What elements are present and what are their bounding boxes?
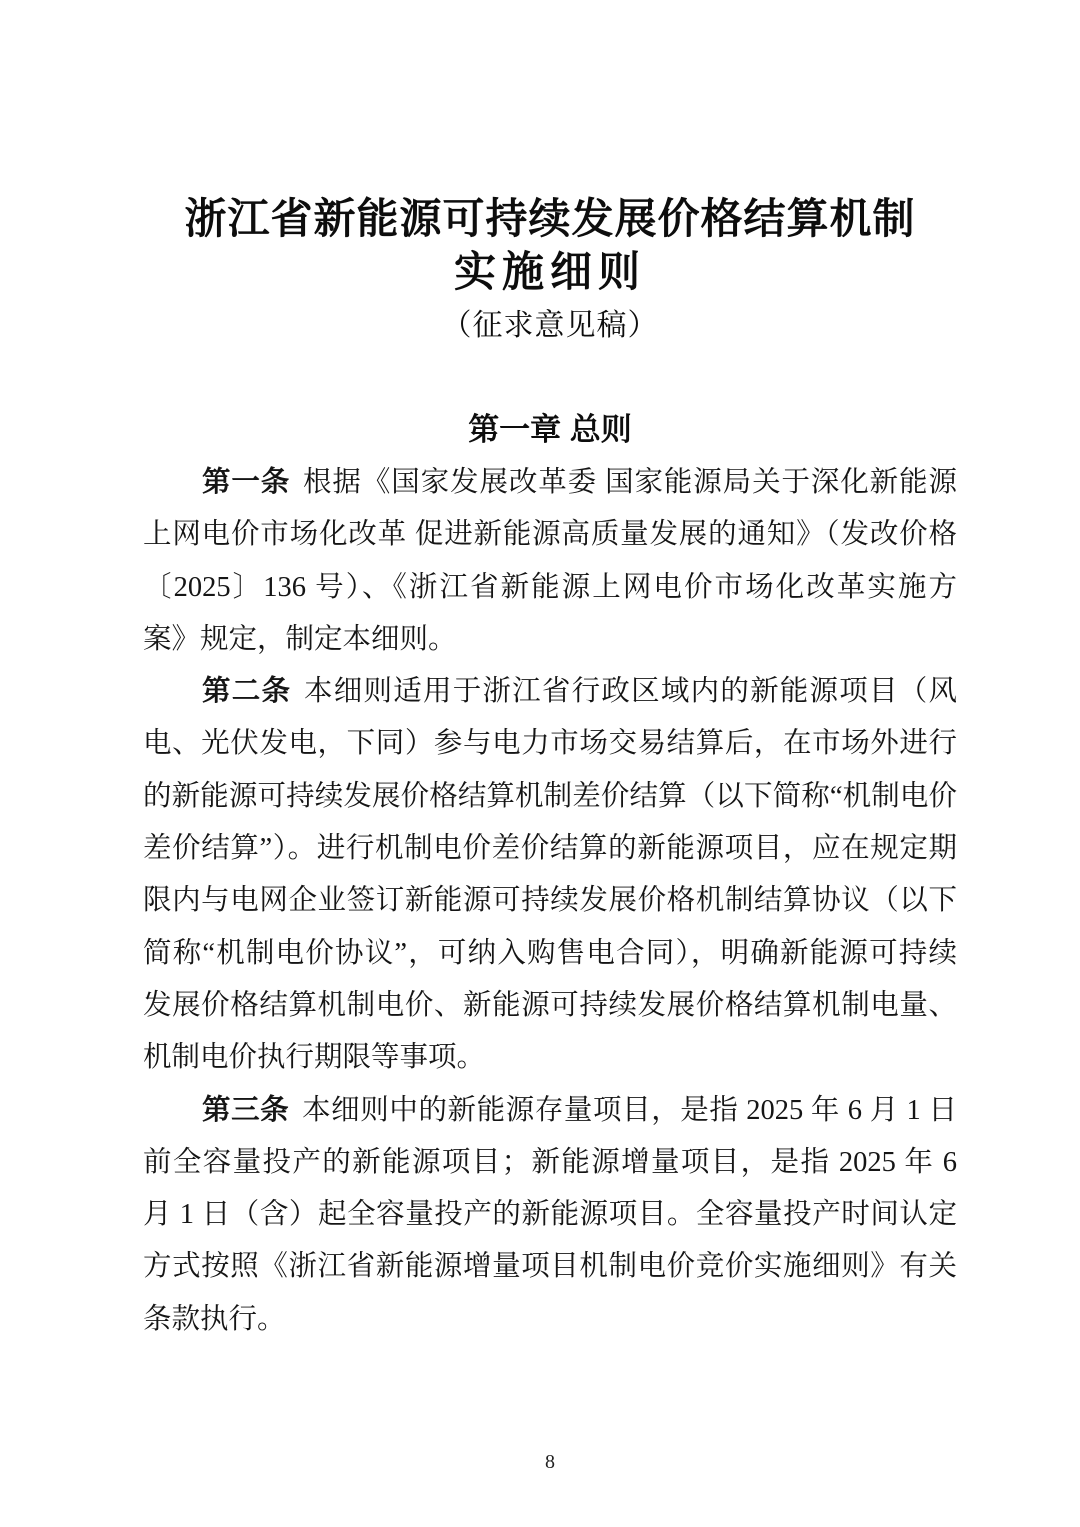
body-line-15: 月 1 日（含）起全容量投产的新能源项目。全容量投产时间认定 bbox=[143, 1189, 957, 1241]
body-line-9: 限内与电网企业签订新能源可持续发展价格机制结算协议（以下 bbox=[143, 875, 957, 927]
body-line-8: 差价结算”）。进行机制电价差价结算的新能源项目，应在规定期 bbox=[143, 823, 957, 875]
draft-note: （征求意见稿） bbox=[143, 303, 957, 349]
document-title: 浙江省新能源可持续发展价格结算机制 实施细则 bbox=[143, 194, 957, 300]
body-line-13-text: 本细则中的新能源存量项目，是指 2025 年 6 月 1 日 bbox=[302, 1095, 957, 1126]
body-line-14: 前全容量投产的新能源项目；新能源增量项目，是指 2025 年 6 bbox=[143, 1137, 957, 1189]
page-number: 8 bbox=[143, 1449, 957, 1475]
body-line-10: 简称“机制电价协议”，可纳入购售电合同），明确新能源可持续 bbox=[143, 928, 957, 980]
document-title-line1: 浙江省新能源可持续发展价格结算机制 bbox=[143, 194, 957, 247]
article-label-3: 第三条 bbox=[202, 1095, 289, 1126]
body-line-3: 〔2025〕136 号）、《浙江省新能源上网电价市场化改革实施方 bbox=[143, 562, 957, 614]
body-line-1: 第一条根据《国家发展改革委 国家能源局关于深化新能源 bbox=[143, 457, 957, 509]
body-line-7: 的新能源可持续发展价格结算机制差价结算（以下简称“机制电价 bbox=[143, 771, 957, 823]
body-text: 第一条根据《国家发展改革委 国家能源局关于深化新能源 上网电价市场化改革 促进新… bbox=[143, 457, 957, 1346]
body-line-4: 案》规定，制定本细则。 bbox=[143, 614, 957, 666]
body-line-17: 条款执行。 bbox=[143, 1294, 957, 1346]
document-page: 浙江省新能源可持续发展价格结算机制 实施细则 （征求意见稿） 第一章 总则 第一… bbox=[0, 0, 1080, 1527]
body-line-5: 第二条本细则适用于浙江省行政区域内的新能源项目（风 bbox=[143, 666, 957, 718]
body-line-5-text: 本细则适用于浙江省行政区域内的新能源项目（风 bbox=[304, 676, 957, 707]
article-label-1: 第一条 bbox=[202, 467, 290, 498]
body-line-1-text: 根据《国家发展改革委 国家能源局关于深化新能源 bbox=[303, 467, 957, 498]
body-line-13: 第三条本细则中的新能源存量项目，是指 2025 年 6 月 1 日 bbox=[143, 1085, 957, 1137]
chapter-heading: 第一章 总则 bbox=[143, 408, 957, 452]
body-line-6: 电、光伏发电，下同）参与电力市场交易结算后，在市场外进行 bbox=[143, 718, 957, 770]
body-line-11: 发展价格结算机制电价、新能源可持续发展价格结算机制电量、 bbox=[143, 980, 957, 1032]
document-title-line2: 实施细则 bbox=[143, 247, 957, 300]
body-line-16: 方式按照《浙江省新能源增量项目机制电价竞价实施细则》有关 bbox=[143, 1241, 957, 1293]
article-label-2: 第二条 bbox=[202, 676, 291, 707]
body-line-12: 机制电价执行期限等事项。 bbox=[143, 1032, 957, 1084]
body-line-2: 上网电价市场化改革 促进新能源高质量发展的通知》（发改价格 bbox=[143, 509, 957, 561]
